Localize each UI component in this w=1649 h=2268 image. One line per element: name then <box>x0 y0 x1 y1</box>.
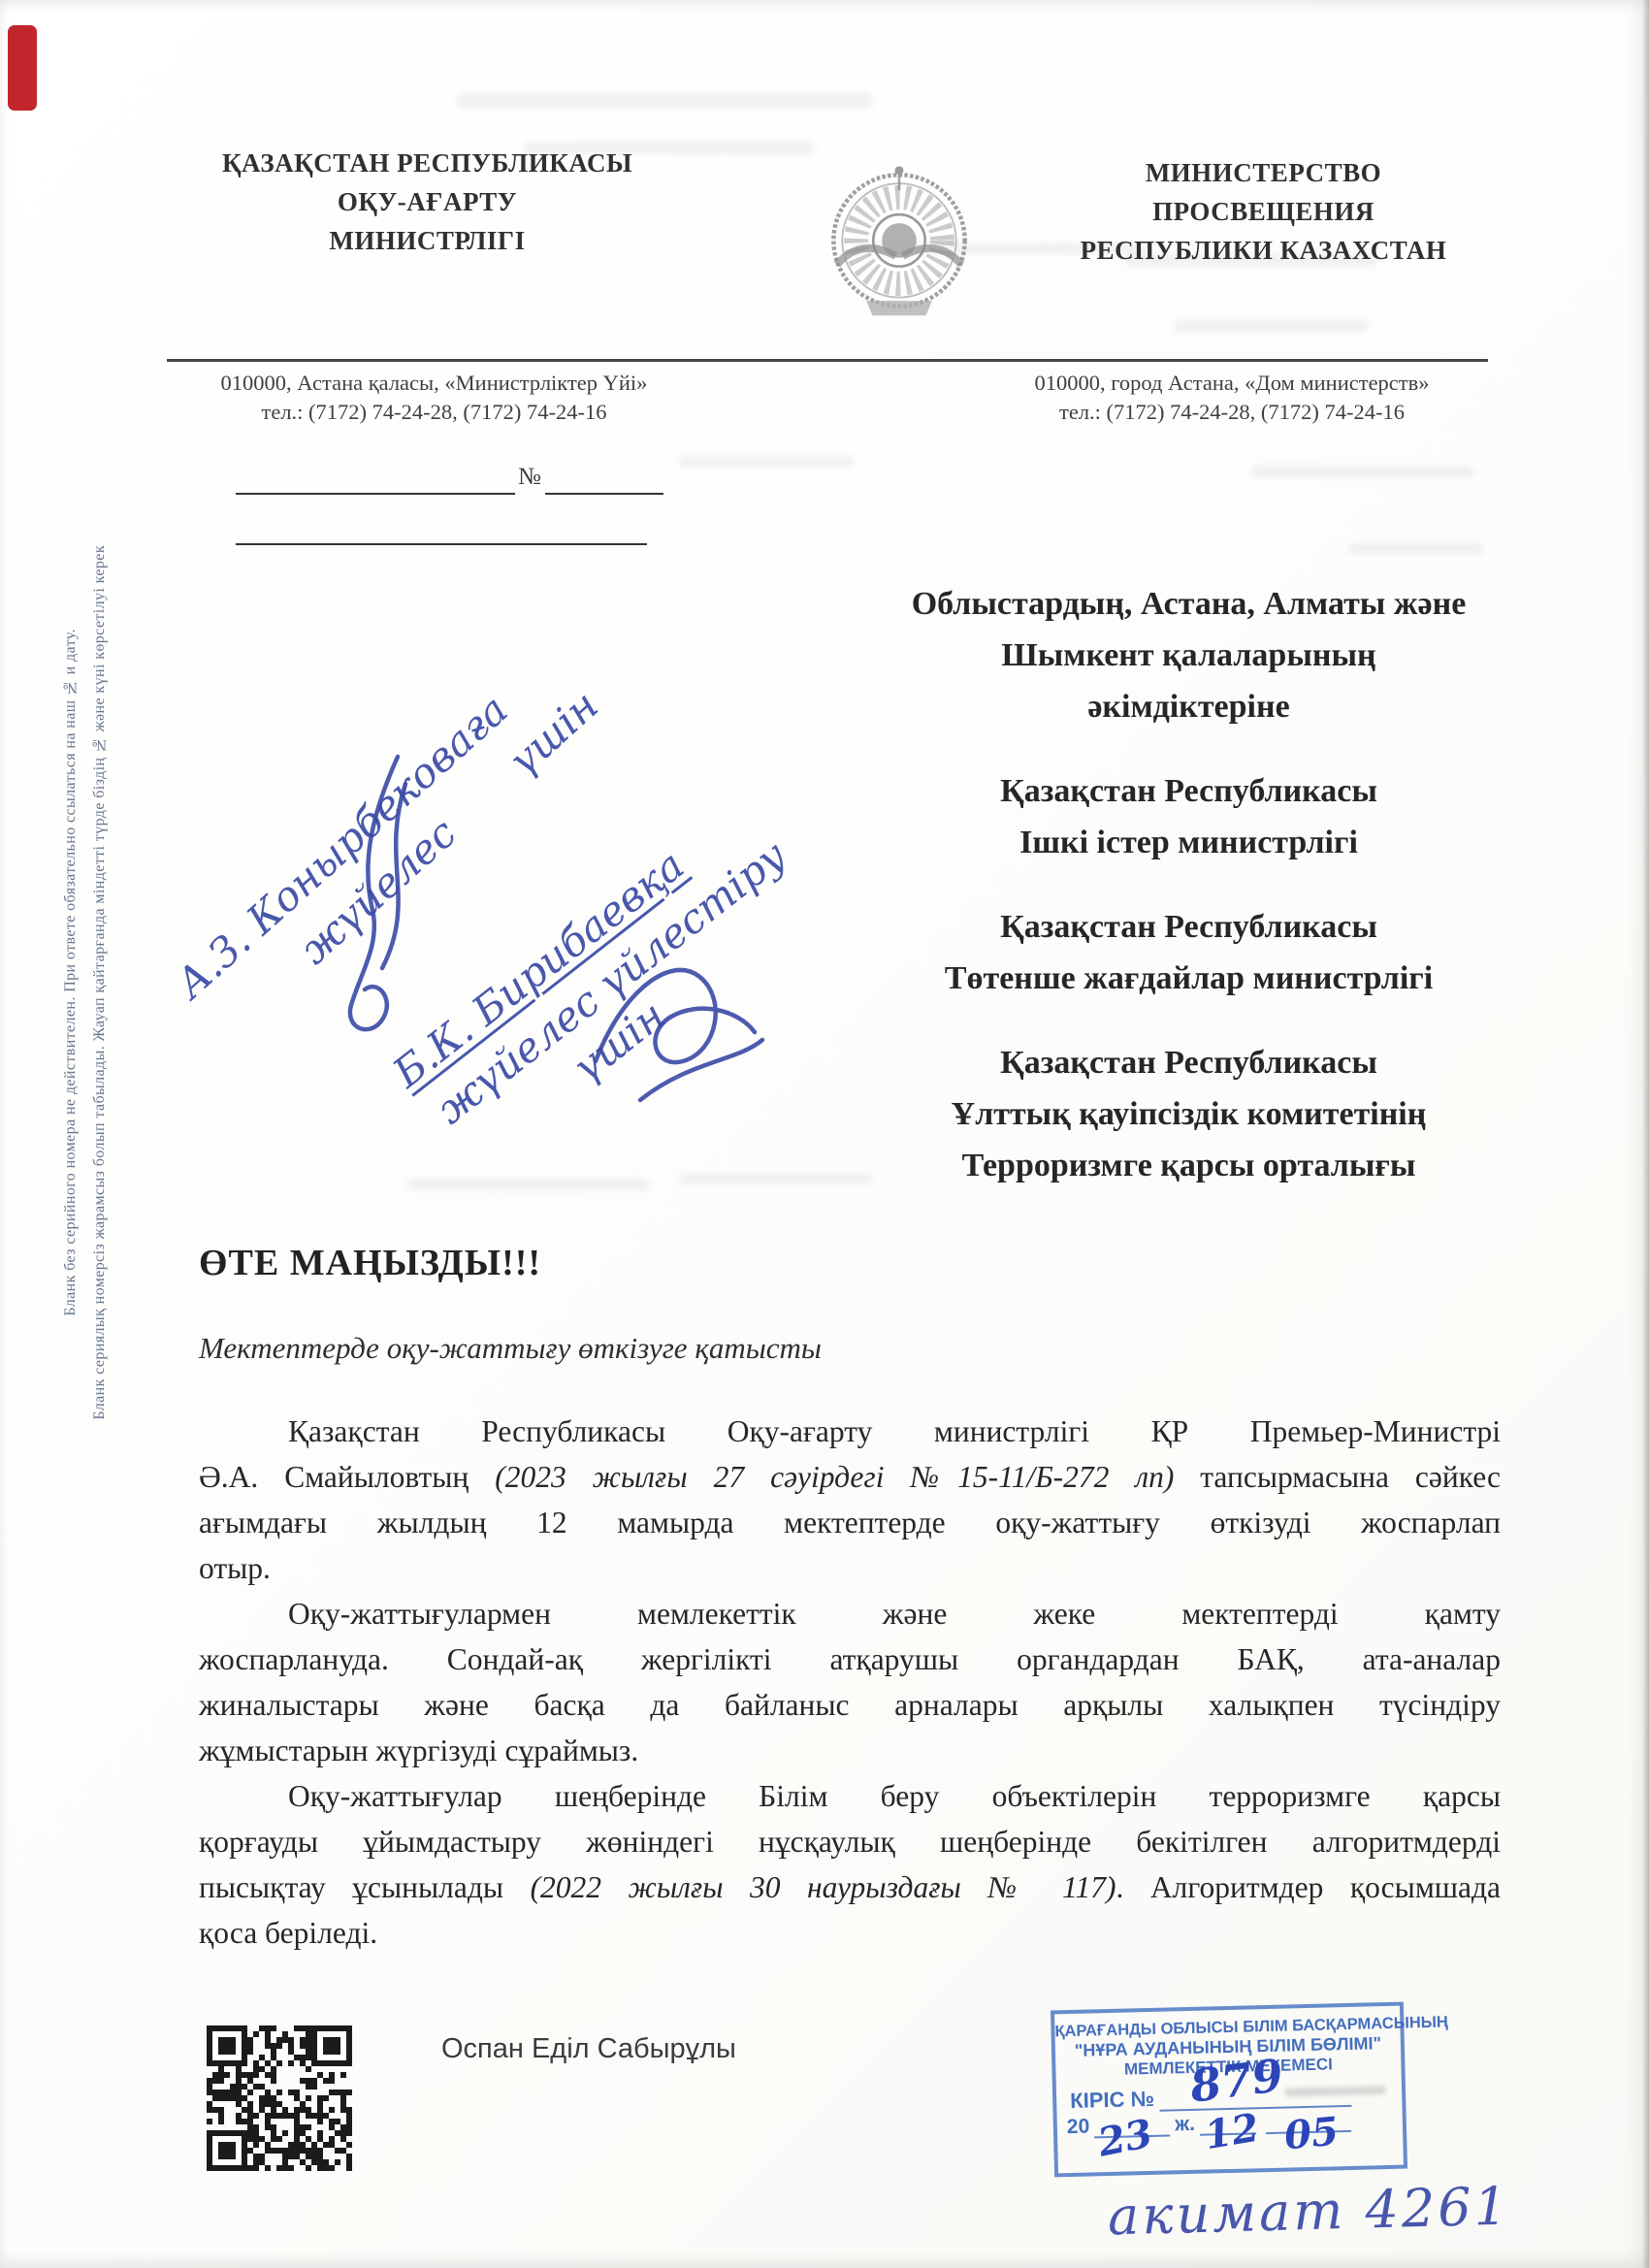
recipient-line: Қазақстан Республикасы <box>832 901 1545 953</box>
stamp-entry-label: КІРІС № <box>1070 2087 1154 2113</box>
recipient-block-emergency-ministry: Қазақстан Республикасы Төтенше жағдайлар… <box>832 901 1545 1004</box>
org-line: МИНИСТЕРСТВО <box>994 153 1533 192</box>
importance-heading: ӨТЕ МАҢЫЗДЫ!!! <box>199 1242 541 1284</box>
body-line: отыр. <box>199 1545 1501 1591</box>
body-line: Оқу-жаттығулармен мемлекеттік және жеке … <box>199 1591 1501 1636</box>
registration-stamp: ҚАРАҒАНДЫ ОБЛЫСЫ БІЛІМ БАСҚАРМАСЫНЫҢ "НҰ… <box>1051 2002 1407 2178</box>
recipient-line: Облыстардың, Астана, Алматы және <box>832 578 1545 630</box>
org-name-kazakh: ҚАЗАҚСТАН РЕСПУБЛИКАСЫ ОҚУ-АҒАРТУ МИНИСТ… <box>163 144 692 260</box>
org-line: МИНИСТРЛІГІ <box>163 221 692 260</box>
handwritten-signature-1 <box>322 745 438 1051</box>
address-line: 010000, Астана қаласы, «Министрліктер Үй… <box>179 369 689 398</box>
header-divider-rule <box>167 359 1488 362</box>
org-line: ПРОСВЕЩЕНИЯ <box>994 192 1533 231</box>
body-line: қоса беріледі. <box>199 1910 1501 1956</box>
qr-code <box>207 2025 352 2171</box>
scanned-letter-page: ҚАЗАҚСТАН РЕСПУБЛИКАСЫ ОҚУ-АҒАРТУ МИНИСТ… <box>0 0 1649 2268</box>
bleed-through-artifact <box>1348 543 1484 554</box>
org-name-russian: МИНИСТЕРСТВО ПРОСВЕЩЕНИЯ РЕСПУБЛИКИ КАЗА… <box>994 153 1533 270</box>
kazakhstan-state-emblem-icon <box>813 159 986 336</box>
body-line: Қазақстан Республикасы Оқу-ағарту минист… <box>199 1409 1501 1454</box>
handwritten-akimat-note: акимат 4261 <box>1107 2176 1510 2248</box>
recipient-list: Облыстардың, Астана, Алматы және Шымкент… <box>832 578 1545 1224</box>
red-corner-scan-mark <box>8 25 37 111</box>
bleed-through-artifact <box>679 456 854 467</box>
recipient-block-akimats: Облыстардың, Астана, Алматы және Шымкент… <box>832 578 1545 732</box>
outgoing-number-blank <box>545 468 663 495</box>
recipient-line: әкімдіктеріне <box>832 681 1545 732</box>
body-line: ағымдағы жылдың 12 мамырда мектептерде о… <box>199 1500 1501 1545</box>
address-russian: 010000, город Астана, «Дом министерств» … <box>955 369 1508 427</box>
body-line: жоспарлануда. Сондай-ақ жергілікті атқар… <box>199 1636 1501 1682</box>
address-line: тел.: (7172) 74-24-28, (7172) 74-24-16 <box>955 398 1508 427</box>
signer-name: Оспан Еділ Сабырұлы <box>441 2033 736 2065</box>
stamp-date-handwritten: 05 <box>1282 2108 1341 2158</box>
handwritten-signature-2 <box>582 916 776 1124</box>
stamp-date-handwritten: 23 <box>1094 2111 1156 2166</box>
side-note-russian: Бланк без серийного номера не действител… <box>62 629 80 1316</box>
body-line: қорғауды ұйымдастыру жөніндегі нұсқаулық… <box>199 1819 1501 1864</box>
letter-body: Қазақстан Республикасы Оқу-ағарту минист… <box>199 1409 1501 1956</box>
reference-blank-line <box>236 518 647 545</box>
bleed-through-artifact <box>407 1179 650 1190</box>
recipient-line: Ішкі істер министрлігі <box>832 817 1545 868</box>
stamp-year-letter: ж. <box>1175 2113 1195 2135</box>
org-line: ОҚУ-АҒАРТУ <box>163 182 692 221</box>
address-line: тел.: (7172) 74-24-28, (7172) 74-24-16 <box>179 398 689 427</box>
side-note-kazakh: Бланк сериялық номерсіз жарамсыз болып т… <box>91 545 109 1420</box>
stamp-date-handwritten: 12 <box>1202 2105 1263 2158</box>
recipient-line: Төтенше жағдайлар министрлігі <box>832 953 1545 1004</box>
body-line: Оқу-жаттығулар шеңберінде Білім беру объ… <box>199 1773 1501 1819</box>
recipient-line: Қазақстан Республикасы <box>832 1037 1545 1088</box>
recipient-line: Шымкент қалаларының <box>832 630 1545 681</box>
body-line: жұмыстарын жүргізуді сұраймыз. <box>199 1728 1501 1773</box>
outgoing-date-blank <box>236 468 515 495</box>
recipient-line: Ұлттық қауіпсіздік комитетінің <box>832 1088 1545 1140</box>
body-line: пысықтау ұсынылады (2022 жылғы 30 наурыз… <box>199 1864 1501 1910</box>
org-line: РЕСПУБЛИКИ КАЗАХСТАН <box>994 231 1533 270</box>
recipient-line: Терроризмге қарсы орталығы <box>832 1140 1545 1191</box>
recipient-block-interior-ministry: Қазақстан Республикасы Ішкі істер минист… <box>832 765 1545 868</box>
recipient-line: Қазақстан Республикасы <box>832 765 1545 817</box>
body-line: Ә.А. Смайыловтың (2023 жылғы 27 сәуірдег… <box>199 1454 1501 1500</box>
bleed-through-artifact <box>1174 320 1368 332</box>
address-line: 010000, город Астана, «Дом министерств» <box>955 369 1508 398</box>
address-kazakh: 010000, Астана қаласы, «Министрліктер Үй… <box>179 369 689 427</box>
subject-line: Мектептерде оқу-жаттығу өткізуге қатысты <box>199 1331 822 1366</box>
bleed-through-artifact <box>1251 466 1474 477</box>
recipient-block-antiterror-center: Қазақстан Республикасы Ұлттық қауіпсізді… <box>832 1037 1545 1191</box>
stamp-year-prefix: 20 <box>1067 2116 1090 2139</box>
org-line: ҚАЗАҚСТАН РЕСПУБЛИКАСЫ <box>163 144 692 182</box>
bleed-through-artifact <box>456 93 873 109</box>
body-line: жиналыстары және басқа да байланыс арнал… <box>199 1682 1501 1728</box>
ref-number-symbol: № <box>518 464 541 491</box>
